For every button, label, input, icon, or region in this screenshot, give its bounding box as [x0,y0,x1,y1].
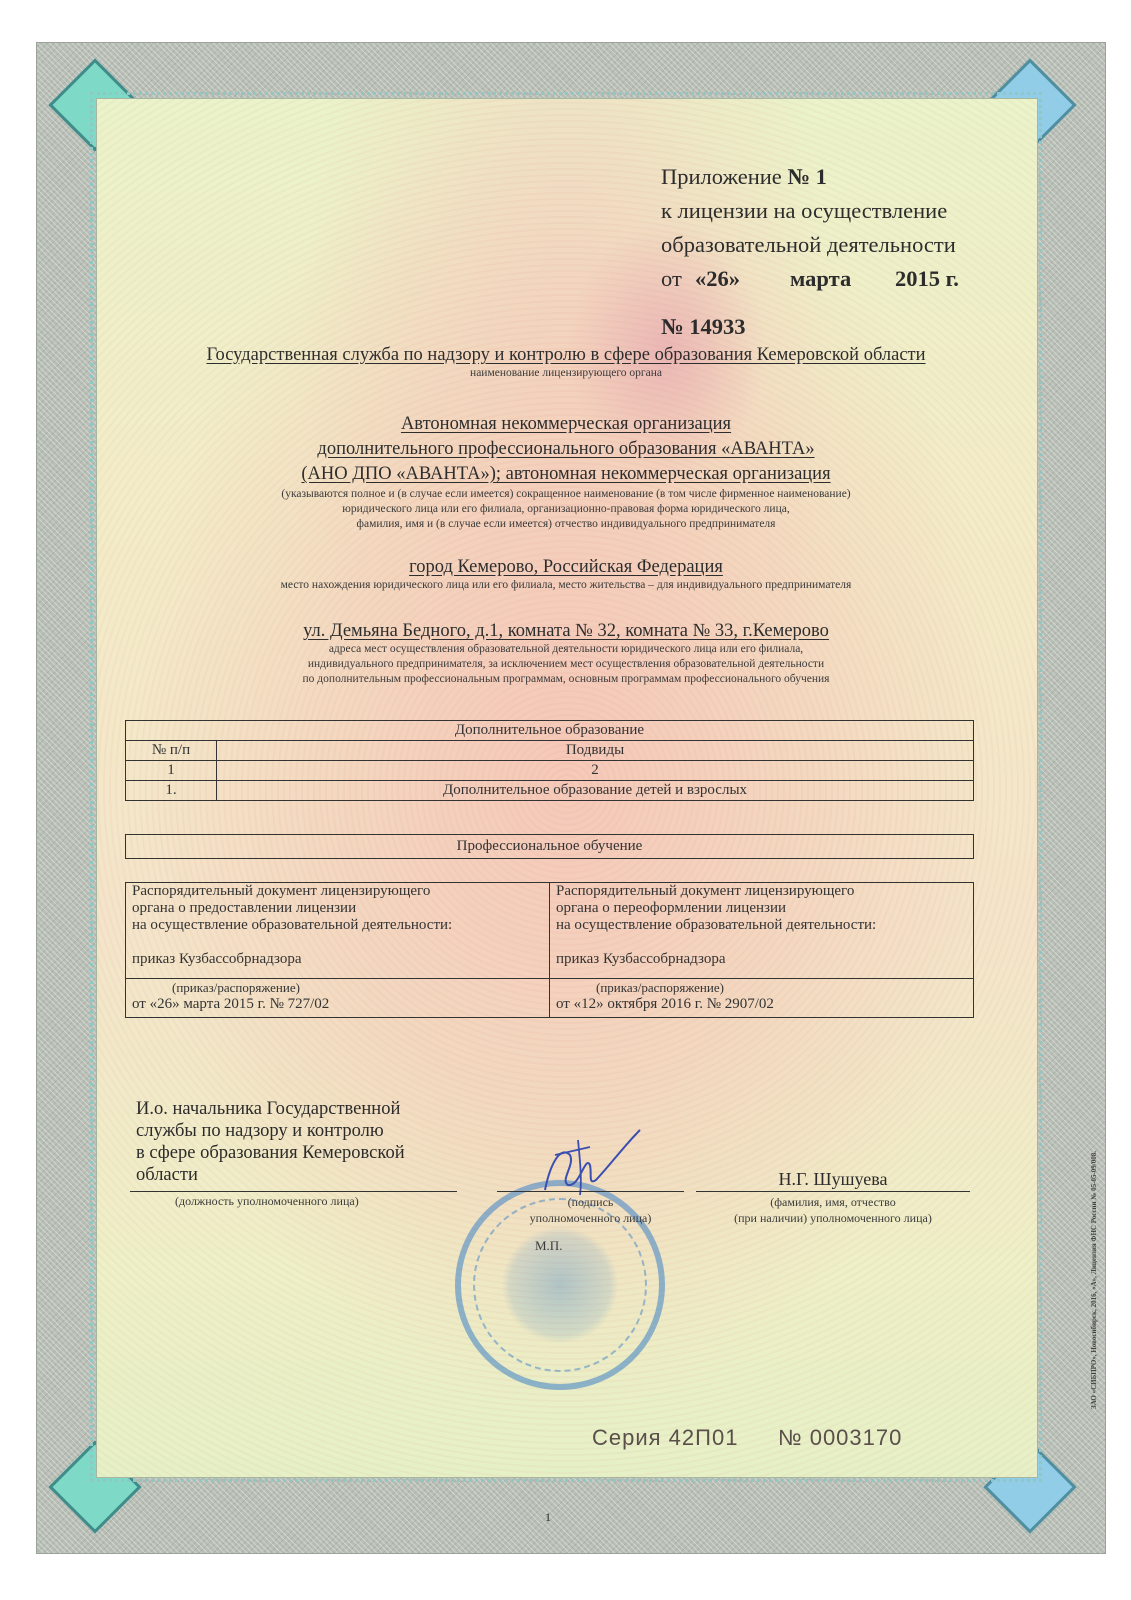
licensee-line-2: дополнительного профессионального образо… [96,437,1036,462]
position-caption: (должность уполномоченного лица) [175,1194,359,1209]
signature-line [497,1191,684,1192]
location-section: город Кемерово, Российская Федерация мес… [96,557,1036,593]
addresses-caption-2: индивидуального предпринимателя, за искл… [96,657,1036,672]
licensee-line-1: Автономная некоммерческая организация [96,412,1036,437]
header-number: № п/п [126,741,217,761]
header-subtypes: Подвиды [217,741,974,761]
professional-training-table: Профессиональное обучение [125,834,974,859]
licensee-caption-3: фамилия, имя и (в случае если имеется) о… [96,517,1036,532]
document-grant-date: от «26» марта 2015 г. № 727/02 [132,996,543,1013]
annex-header: Приложение № 1 к лицензии на осуществлен… [661,160,959,344]
date-month: марта [790,262,895,296]
document-grant-order: приказ Кузбассобрнадзора [132,951,543,968]
index-col-1: 1 [126,761,217,781]
addresses-value: ул. Демьяна Бедного, д.1, комната № 32, … [96,621,1036,642]
signatory-position: И.о. начальника Государственной службы п… [136,1098,405,1186]
addresses-caption-3: по дополнительным профессиональным прогр… [96,672,1036,687]
document-reissue-date: от «12» октября 2016 г. № 2907/02 [556,996,967,1013]
administrative-documents-table: Распорядительный документ лицензирующего… [125,882,974,1018]
document-reissue: Распорядительный документ лицензирующего… [550,883,974,979]
license-number: № 14933 [661,310,959,344]
annex-date: от «26» марта 2015 г. [661,262,959,296]
page-number: 1 [545,1510,551,1525]
addresses-section: ул. Демьяна Бедного, д.1, комната № 32, … [96,621,1036,687]
table-row: 1. Дополнительное образование детей и вз… [126,781,974,801]
blank-number: № 0003170 [778,1425,902,1451]
professional-training-title: Профессиональное обучение [126,835,974,859]
signatory-name: Н.Г. Шушуева [696,1169,970,1190]
date-year: 2015 г. [895,262,959,296]
location-value: город Кемерово, Российская Федерация [96,557,1036,578]
annex-title-prefix: Приложение [661,164,782,189]
signature-caption: (подпись уполномоченного лица) [497,1194,684,1226]
table-title: Дополнительное образование [126,721,974,741]
licensee-section: Автономная некоммерческая организация до… [96,412,1036,532]
licensee-caption-1: (указываются полное и (в случае если име… [96,487,1036,502]
licensee-line-3: (АНО ДПО «АВАНТА»); автономная некоммерч… [96,462,1036,487]
name-line [696,1191,970,1192]
licensing-body-name: Государственная служба по надзору и конт… [96,345,1036,366]
licensee-caption-2: юридического лица или его филиала, орган… [96,502,1036,517]
position-line [130,1191,457,1192]
name-caption: (фамилия, имя, отчество (при наличии) уп… [696,1194,970,1226]
location-caption: место нахождения юридического лица или е… [96,578,1036,593]
annex-number: № 1 [787,164,827,189]
printer-imprint: ЗАО «СИБПРО», Новосибирск, 2016, «А», Ли… [1086,1090,1102,1470]
document-reissue-order: приказ Кузбассобрнадзора [556,951,967,968]
seal-label: М.П. [535,1238,562,1253]
signature-icon [530,1125,650,1205]
date-day: «26» [695,262,790,296]
additional-education-table: Дополнительное образование № п/п Подвиды… [125,720,974,801]
licensing-body-section: Государственная служба по надзору и конт… [96,345,1036,381]
addresses-caption-1: адреса мест осуществления образовательно… [96,642,1036,657]
blank-series: Серия 42П01 [592,1425,738,1451]
annex-line-2: к лицензии на осуществление [661,194,959,228]
document-grant: Распорядительный документ лицензирующего… [126,883,550,979]
licensing-body-caption: наименование лицензирующего органа [96,366,1036,381]
annex-line-3: образовательной деятельности [661,228,959,262]
index-col-2: 2 [217,761,974,781]
